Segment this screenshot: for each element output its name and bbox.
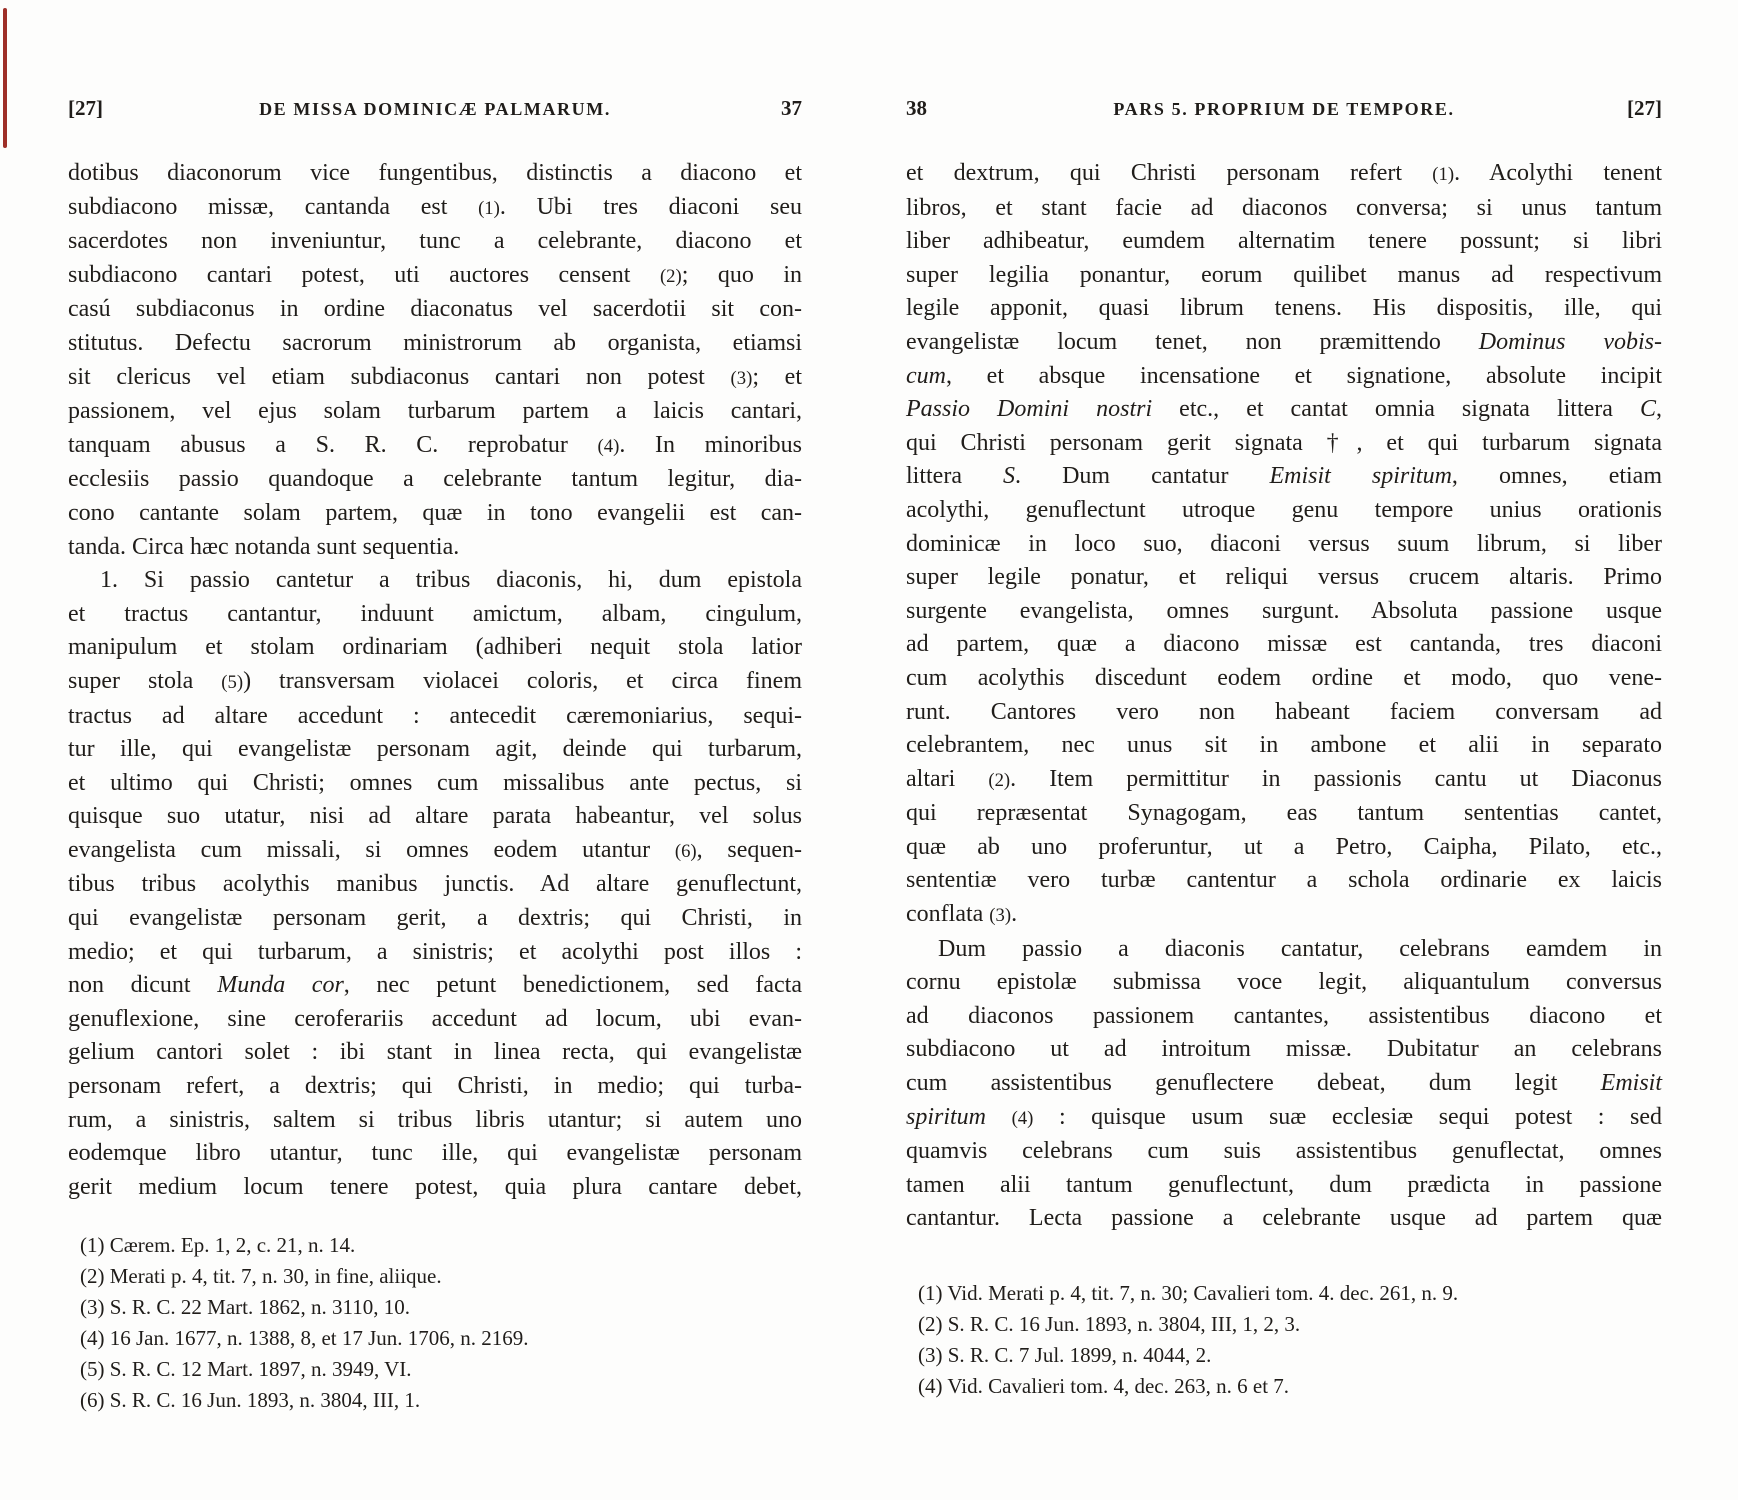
page-body: et dextrum, qui Christi personam refert … bbox=[906, 157, 1662, 1236]
body-paragraph: et dextrum, qui Christi personam refert … bbox=[906, 157, 1662, 933]
body-line: subdiacono missæ, cantanda est (1). Ubi … bbox=[68, 191, 802, 226]
left-page: [27] DE MISSA DOMINICÆ PALMARUM. 37 doti… bbox=[68, 96, 802, 1416]
body-line: conflata (3). bbox=[906, 898, 1662, 933]
footnote-line: (4) 16 Jan. 1677, n. 1388, 8, et 17 Jun.… bbox=[80, 1323, 802, 1354]
footnotes: (1) Cærem. Ep. 1, 2, c. 21, n. 14.(2) Me… bbox=[68, 1230, 802, 1416]
header-title: DE MISSA DOMINICÆ PALMARUM. bbox=[148, 99, 722, 120]
page-body: dotibus diaconorum vice fungentibus, dis… bbox=[68, 157, 802, 1204]
footnote-line: (3) S. R. C. 22 Mart. 1862, n. 3110, 10. bbox=[80, 1292, 802, 1323]
body-line: acolythi, genuflectunt utroque genu temp… bbox=[906, 494, 1662, 528]
footnote-line: (4) Vid. Cavalieri tom. 4, dec. 263, n. … bbox=[918, 1371, 1662, 1402]
body-line: altari (2). Item permittitur in passioni… bbox=[906, 763, 1662, 798]
body-line: tur ille, qui evangelistæ personam agit,… bbox=[68, 733, 802, 767]
body-line: manipulum et stolam ordinariam (adhiberi… bbox=[68, 631, 802, 665]
body-line: rum, a sinistris, saltem si tribus libri… bbox=[68, 1104, 802, 1138]
body-line: dotibus diaconorum vice fungentibus, dis… bbox=[68, 157, 802, 191]
header-page-number: 38 bbox=[906, 96, 986, 121]
body-line: cum assistentibus genuflectere debeat, d… bbox=[906, 1067, 1662, 1101]
body-line: sit clericus vel etiam subdiaconus canta… bbox=[68, 361, 802, 396]
body-line: cum acolythis discedunt eodem ordine et … bbox=[906, 662, 1662, 696]
footnote-line: (1) Vid. Merati p. 4, tit. 7, n. 30; Cav… bbox=[918, 1278, 1662, 1309]
header-page-number: 37 bbox=[722, 96, 802, 121]
body-line: ad partem, quæ a diacono missæ est canta… bbox=[906, 628, 1662, 662]
body-line: tamen alii tantum genuflectunt, dum præd… bbox=[906, 1169, 1662, 1203]
body-line: evangelistæ locum tenet, non præmittendo… bbox=[906, 326, 1662, 360]
body-line: super stola (5)) transversam violacei co… bbox=[68, 665, 802, 700]
body-line: runt. Cantores vero non habeant faciem c… bbox=[906, 696, 1662, 730]
body-line: gelium cantori solet : ibi stant in line… bbox=[68, 1036, 802, 1070]
body-line: et tractus cantantur, induunt amictum, a… bbox=[68, 598, 802, 632]
body-line: quamvis celebrans cum suis assistentibus… bbox=[906, 1135, 1662, 1169]
body-line: quisque suo utatur, nisi ad altare parat… bbox=[68, 800, 802, 834]
body-line: stitutus. Defectu sacrorum ministrorum a… bbox=[68, 327, 802, 361]
body-line: cantantur. Lecta passione a celebrante u… bbox=[906, 1202, 1662, 1236]
footnotes: (1) Vid. Merati p. 4, tit. 7, n. 30; Cav… bbox=[906, 1278, 1662, 1402]
body-line: surgente evangelista, omnes surgunt. Abs… bbox=[906, 595, 1662, 629]
page-header: 38 PARS 5. PROPRIUM DE TEMPORE. [27] bbox=[906, 96, 1662, 121]
body-line: Passio Domini nostri etc., et cantat omn… bbox=[906, 393, 1662, 427]
body-line: super legilia ponantur, eorum quilibet m… bbox=[906, 259, 1662, 293]
body-line: tanda. Circa hæc notanda sunt sequentia. bbox=[68, 531, 802, 565]
body-line: libros, et stant facie ad diaconos conve… bbox=[906, 192, 1662, 226]
body-line: qui repræsentat Synagogam, eas tantum se… bbox=[906, 797, 1662, 831]
body-line: casú subdiaconus in ordine diaconatus ve… bbox=[68, 293, 802, 327]
body-paragraph: 1. Si passio cantetur a tribus diaconis,… bbox=[68, 564, 802, 1204]
footnote-line: (3) S. R. C. 7 Jul. 1899, n. 4044, 2. bbox=[918, 1340, 1662, 1371]
body-line: gerit medium locum tenere potest, quia p… bbox=[68, 1171, 802, 1205]
body-line: tanquam abusus a S. R. C. reprobatur (4)… bbox=[68, 429, 802, 464]
scan-artifact-line bbox=[3, 8, 7, 148]
page-header: [27] DE MISSA DOMINICÆ PALMARUM. 37 bbox=[68, 96, 802, 121]
body-line: medio; et qui turbarum, a sinistris; et … bbox=[68, 936, 802, 970]
body-line: quæ ab uno proferuntur, ut a Petro, Caip… bbox=[906, 831, 1662, 865]
body-line: eodemque libro utantur, tunc ille, qui e… bbox=[68, 1137, 802, 1171]
body-line: littera S. Dum cantatur Emisit spiritum,… bbox=[906, 460, 1662, 494]
header-title: PARS 5. PROPRIUM DE TEMPORE. bbox=[986, 99, 1582, 120]
body-line: legile apponit, quasi librum tenens. His… bbox=[906, 292, 1662, 326]
footnote-line: (2) Merati p. 4, tit. 7, n. 30, in fine,… bbox=[80, 1261, 802, 1292]
body-line: qui evangelistæ personam gerit, a dextri… bbox=[68, 902, 802, 936]
body-line: subdiacono ut ad introitum missæ. Dubita… bbox=[906, 1033, 1662, 1067]
body-line: et ultimo qui Christi; omnes cum missali… bbox=[68, 767, 802, 801]
footnote-line: (5) S. R. C. 12 Mart. 1897, n. 3949, VI. bbox=[80, 1354, 802, 1385]
body-line: spiritum (4) : quisque usum suæ ecclesiæ… bbox=[906, 1101, 1662, 1136]
right-page: 38 PARS 5. PROPRIUM DE TEMPORE. [27] et … bbox=[906, 96, 1662, 1402]
body-line: cornu epistolæ submissa voce legit, aliq… bbox=[906, 966, 1662, 1000]
body-line: non dicunt Munda cor, nec petunt benedic… bbox=[68, 969, 802, 1003]
body-line: ecclesiis passio quandoque a celebrante … bbox=[68, 463, 802, 497]
body-line: genuflexione, sine ceroferariis accedunt… bbox=[68, 1003, 802, 1037]
body-line: passionem, vel ejus solam turbarum parte… bbox=[68, 395, 802, 429]
body-line: et dextrum, qui Christi personam refert … bbox=[906, 157, 1662, 192]
body-line: celebrantem, nec unus sit in ambone et a… bbox=[906, 729, 1662, 763]
footnote-line: (6) S. R. C. 16 Jun. 1893, n. 3804, III,… bbox=[80, 1385, 802, 1416]
body-line: qui Christi personam gerit signata †, et… bbox=[906, 427, 1662, 461]
body-line: subdiacono cantari potest, uti auctores … bbox=[68, 259, 802, 294]
body-line: dominicæ in loco suo, diaconi versus suu… bbox=[906, 528, 1662, 562]
body-line: cono cantante solam partem, quæ in tono … bbox=[68, 497, 802, 531]
header-edition-ref: [27] bbox=[68, 96, 148, 121]
body-line: personam refert, a dextris; qui Christi,… bbox=[68, 1070, 802, 1104]
body-line: sacerdotes non inveniuntur, tunc a celeb… bbox=[68, 225, 802, 259]
body-line: sententiæ vero turbæ cantentur a schola … bbox=[906, 864, 1662, 898]
body-paragraph: Dum passio a diaconis cantatur, celebran… bbox=[906, 933, 1662, 1236]
body-line: tractus ad altare accedunt : antecedit c… bbox=[68, 700, 802, 734]
body-line: Dum passio a diaconis cantatur, celebran… bbox=[906, 933, 1662, 967]
body-line: ad diaconos passionem cantantes, assiste… bbox=[906, 1000, 1662, 1034]
body-line: 1. Si passio cantetur a tribus diaconis,… bbox=[68, 564, 802, 598]
footnote-line: (2) S. R. C. 16 Jun. 1893, n. 3804, III,… bbox=[918, 1309, 1662, 1340]
body-line: cum, et absque incensatione et signation… bbox=[906, 360, 1662, 394]
footnote-line: (1) Cærem. Ep. 1, 2, c. 21, n. 14. bbox=[80, 1230, 802, 1261]
body-paragraph: dotibus diaconorum vice fungentibus, dis… bbox=[68, 157, 802, 564]
body-line: evangelista cum missali, si omnes eodem … bbox=[68, 834, 802, 869]
body-line: liber adhibeatur, eumdem alternatim tene… bbox=[906, 225, 1662, 259]
body-line: tibus tribus acolythis manibus junctis. … bbox=[68, 868, 802, 902]
body-line: super legile ponatur, et reliqui versus … bbox=[906, 561, 1662, 595]
header-edition-ref: [27] bbox=[1582, 96, 1662, 121]
